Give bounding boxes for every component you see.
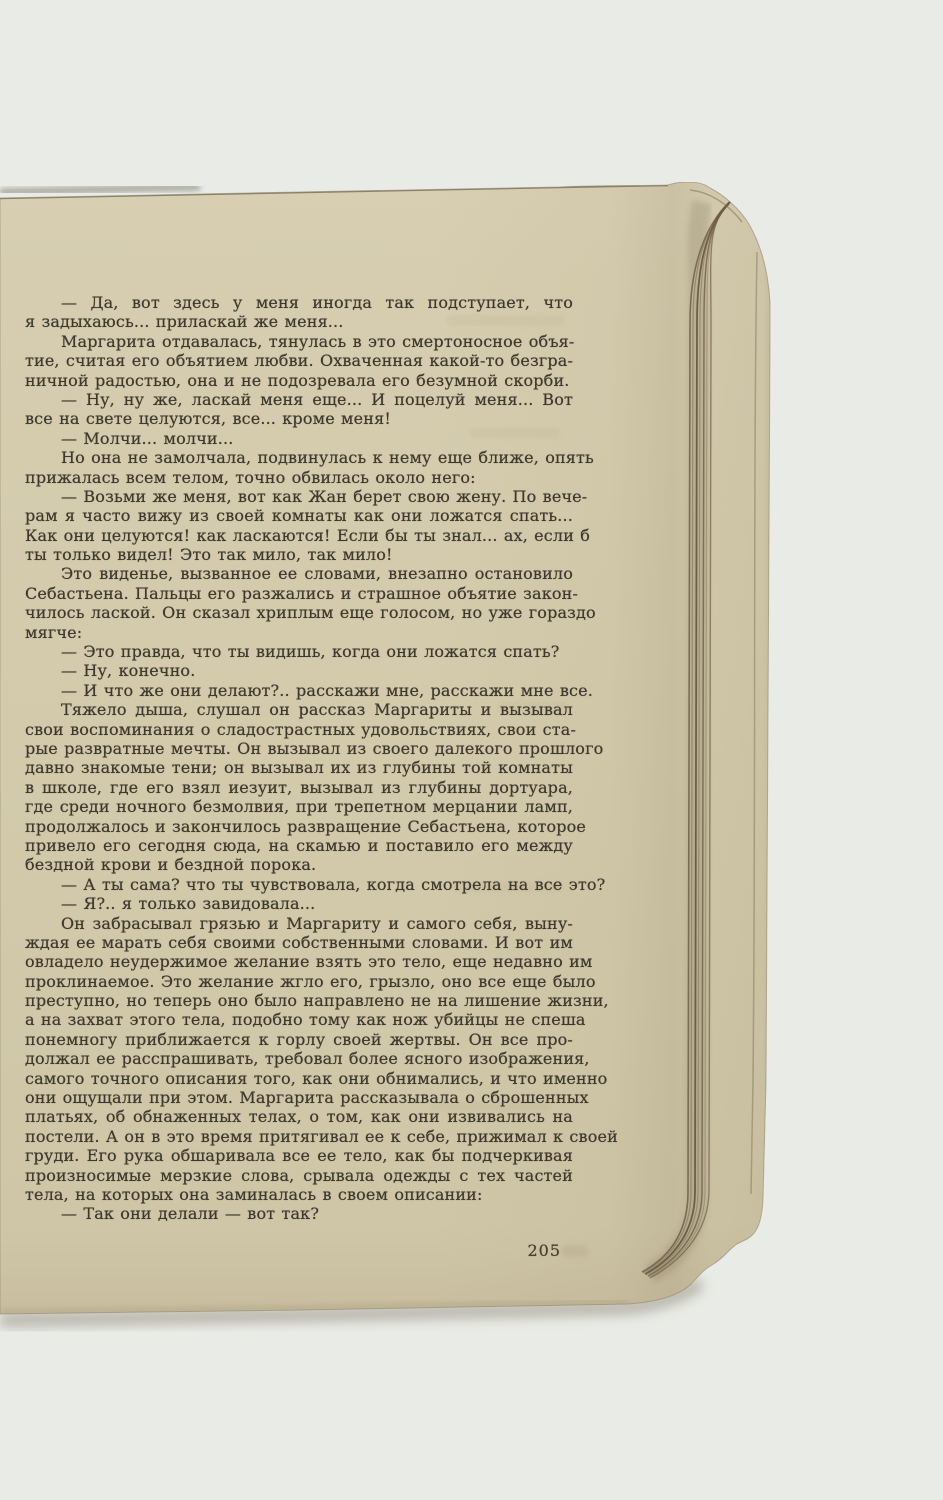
text-line: проклинаемое. Это желание жгло его, грыз… [25,972,573,991]
text-line: — Возьми же меня, вот как Жан берет свою… [25,487,573,506]
text-line: рам я часто вижу из своей комнаты как он… [25,506,573,525]
page-number: 205 [25,1241,573,1260]
text-line: — Это правда, что ты видишь, когда они л… [25,642,573,661]
text-line: Тяжело дыша, слушал он рассказ Маргариты… [25,700,573,719]
text-line: — Молчи... молчи... [25,429,573,448]
text-line: Себастьена. Пальцы его разжались и страш… [25,584,573,603]
text-block: — Да, вот здесь у меня иногда так подсту… [25,293,573,1224]
text-line: привело его сегодня сюда, на скамью и по… [25,836,573,855]
top-edge-shadow [0,187,200,192]
text-line: — И что же они делают?.. расскажи мне, р… [25,681,573,700]
text-line: понемногу приближается к горлу своей жер… [25,1030,573,1049]
text-line: постели. А он в это время притягивал ее … [25,1127,573,1146]
text-line: самого точного описания того, как они об… [25,1069,573,1088]
text-line: они ощущали при этом. Маргарита рассказы… [25,1088,573,1107]
text-line: мягче: [25,623,573,642]
text-line: где среди ночного безмолвия, при трепетн… [25,797,573,816]
text-line: Но она не замолчала, подвинулась к нему … [25,448,573,467]
text-line: овладело неудержимое желание взять это т… [25,952,573,971]
text-line: Как они целуются! как ласкаются! Если бы… [25,526,573,545]
text-line: ничной радостью, она и не подозревала ег… [25,371,573,390]
text-line: — Ну, ну же, ласкай меня еще... И поцелу… [25,390,573,409]
text-line: должал ее расспрашивать, требовал более … [25,1049,573,1068]
text-line: продолжалось и закончилось развращение С… [25,817,573,836]
text-line: ждая ее марать себя своими собственными … [25,933,573,952]
text-line: тела, на которых она заминалась в своем … [25,1185,573,1204]
text-line: давно знакомые тени; он вызывал их из гл… [25,758,573,777]
text-line: в школе, где его взял иезуит, вызывал из… [25,778,573,797]
text-line: я задыхаюсь... приласкай же меня... [25,312,573,331]
text-line: а на захват этого тела, подобно тому как… [25,1010,573,1029]
text-line: бездной крови и бездной порока. [25,855,573,874]
text-line: произносимые мерзкие слова, срывала одеж… [25,1166,573,1185]
text-line: — Так они делали — вот так? [25,1204,573,1223]
text-line: — Ну, конечно. [25,661,573,680]
text-line: — Я?.. я только завидовала... [25,894,573,913]
text-line: рые развратные мечты. Он вызывал из свое… [25,739,573,758]
text-line: платьях, об обнаженных телах, о том, как… [25,1107,573,1126]
text-line: все на свете целуются, все... кроме меня… [25,409,573,428]
text-line: груди. Его рука обшаривала все ее тело, … [25,1146,573,1165]
book-page: — Да, вот здесь у меня иногда так подсту… [0,182,782,1332]
text-line: Маргарита отдавалась, тянулась в это сме… [25,332,573,351]
text-line: тие, считая его объятием любви. Охваченн… [25,351,573,370]
text-line: преступно, но теперь оно было направлено… [25,991,573,1010]
text-line: чилось лаской. Он сказал хриплым еще гол… [25,603,573,622]
scanned-book-photo: — Да, вот здесь у меня иногда так подсту… [0,0,943,1500]
text-line: — А ты сама? что ты чувствовала, когда с… [25,875,573,894]
text-line: Он забрасывал грязью и Маргариту и самог… [25,914,573,933]
text-line: Это виденье, вызванное ее словами, внеза… [25,564,573,583]
text-line: свои воспоминания о сладострастных удово… [25,720,573,739]
text-line: ты только видел! Это так мило, так мило! [25,545,573,564]
text-line: прижалась всем телом, точно обвилась око… [25,468,573,487]
text-line: — Да, вот здесь у меня иногда так подсту… [25,293,573,312]
